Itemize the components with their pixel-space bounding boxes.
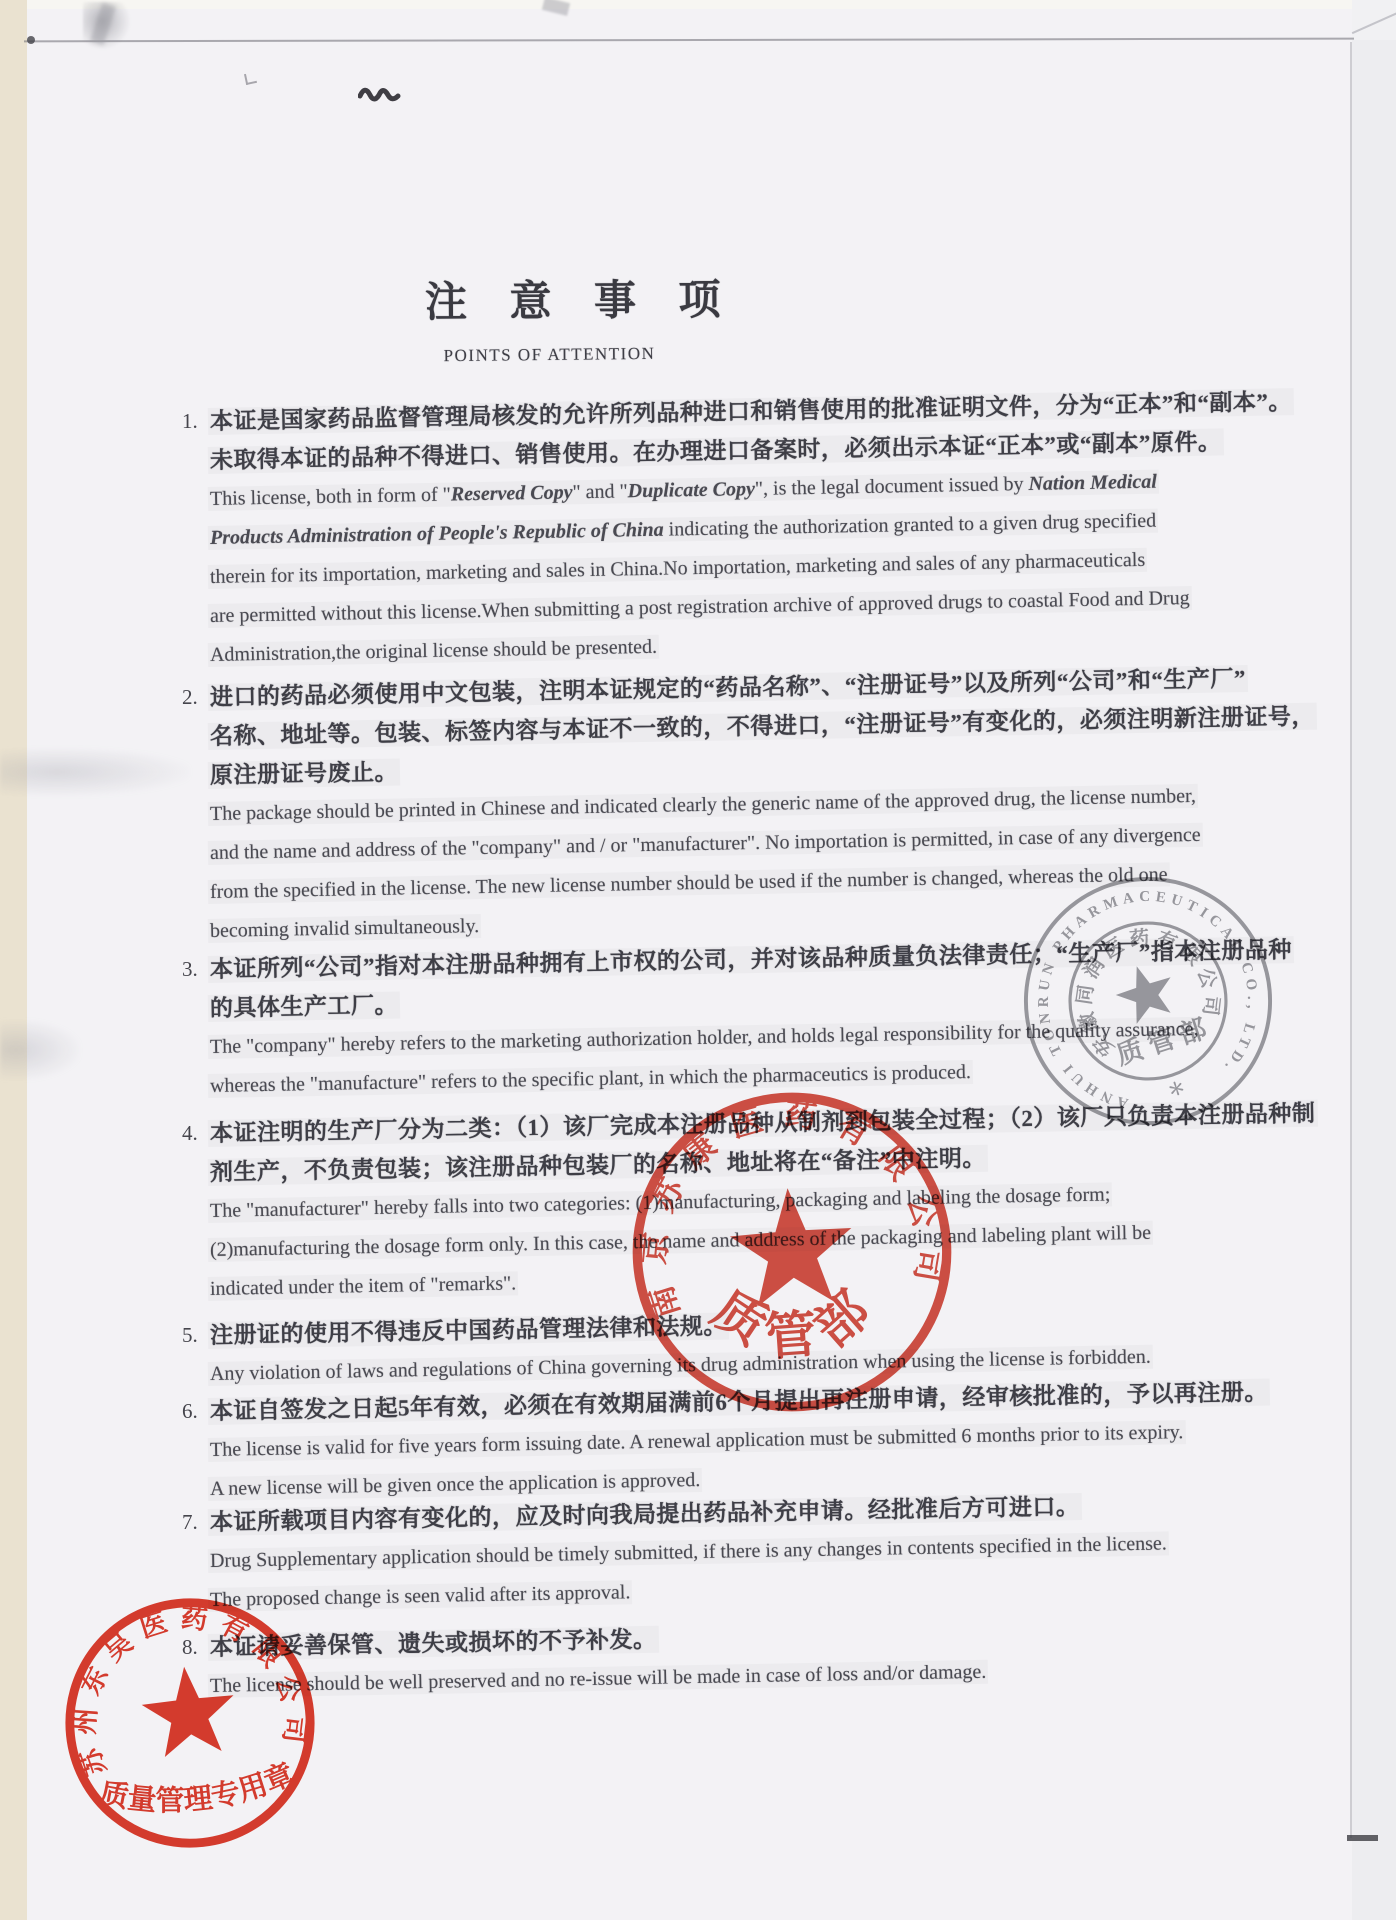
copy-edge-tick [1347, 1835, 1378, 1841]
copy-edge-line-vertical [1350, 42, 1352, 1838]
item-number: 5. [182, 1323, 198, 1348]
stamp-suzhou-dongwu: 苏州东吴医药有限公司 质量管理专用章 [48, 1581, 332, 1865]
pen-squiggle [358, 84, 402, 104]
scan-edge-top [27, 0, 1396, 9]
item-number: 1. [182, 409, 198, 434]
item-number: 3. [182, 957, 198, 982]
star-icon [1109, 957, 1181, 1027]
item-number: 4. [182, 1121, 198, 1146]
scan-smudge [0, 748, 190, 796]
copy-edge-line-horizontal [24, 38, 1354, 43]
scanned-license-page: 注 意 事 项 POINTS OF ATTENTION 1.本证是国家药品监督管… [0, 0, 1396, 1920]
stray-mark-top [542, 0, 570, 16]
stamp-dept-arc: 质管部 [699, 1270, 895, 1372]
stamp-star-separator: ＊ [1166, 1078, 1188, 1101]
stamp-dept-text: 质管部 [1112, 1010, 1216, 1070]
stamp-nanjing-sukang: 南京苏康医药有限公司 质管部 [616, 1076, 968, 1428]
point-item-7: 7.本证所载项目内容有变化的，应及时向我局提出药品补充申请。经批准后方可进口。D… [180, 1503, 1350, 1620]
page-edge-shadow [1352, 40, 1396, 1920]
point-item-8: 8.本证请妥善保管、遗失或损坏的不予补发。The license should … [180, 1628, 1350, 1706]
item-number: 7. [182, 1510, 198, 1535]
page-title: 注 意 事 项 [425, 267, 727, 330]
star-icon [138, 1662, 239, 1759]
point-item-1: 1.本证是国家药品监督管理局核发的允许所列品种进口和销售使用的批准证明文件，分为… [180, 402, 1350, 675]
scan-edge-left [0, 0, 27, 1920]
item-number: 6. [182, 1399, 198, 1424]
stray-mark [244, 72, 257, 85]
scan-smudge [0, 1020, 80, 1080]
ink-dot [27, 36, 35, 44]
page-subtitle: POINTS OF ATTENTION [377, 343, 722, 367]
item-number: 2. [182, 685, 198, 710]
